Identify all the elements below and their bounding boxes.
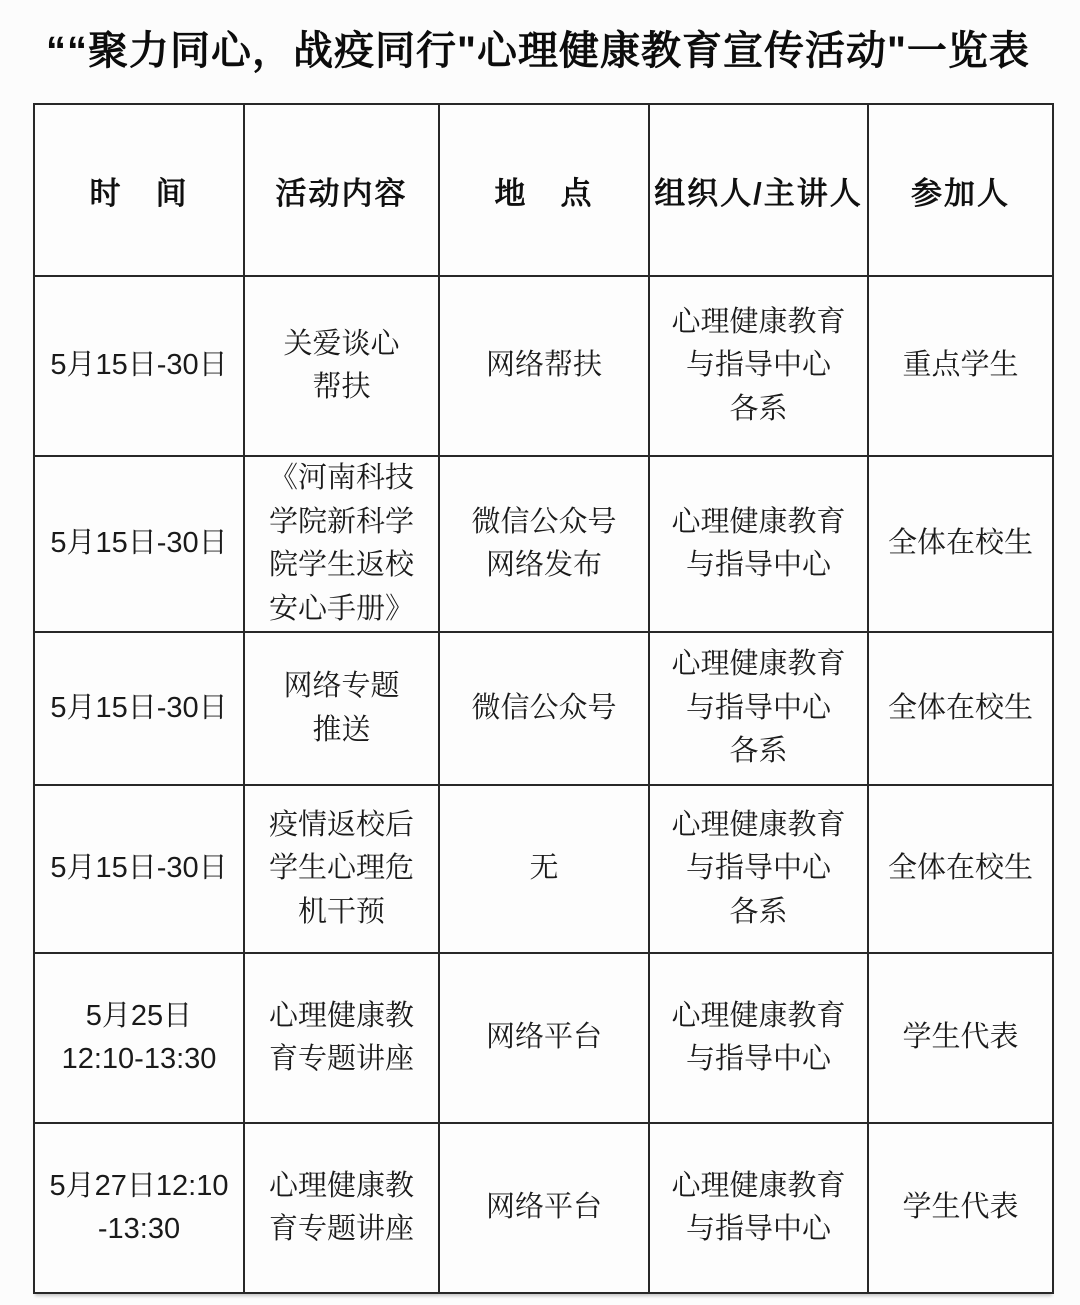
- cell-participants: 学生代表: [868, 1123, 1053, 1293]
- cell-time: 5月27日12:10 -13:30: [34, 1123, 244, 1293]
- table-row: 5月15日-30日 网络专题 推送 微信公众号 心理健康教育 与指导中心 各系 …: [34, 632, 1053, 785]
- header-location: 地 点: [439, 104, 649, 276]
- header-time: 时 间: [34, 104, 244, 276]
- cell-organizer: 心理健康教育 与指导中心 各系: [649, 632, 868, 785]
- header-participants: 参加人: [868, 104, 1053, 276]
- cell-activity: 心理健康教 育专题讲座: [244, 953, 439, 1123]
- table-row: 5月15日-30日 关爱谈心 帮扶 网络帮扶 心理健康教育 与指导中心 各系 重…: [34, 276, 1053, 456]
- cell-time: 5月25日 12:10-13:30: [34, 953, 244, 1123]
- cell-activity: 关爱谈心 帮扶: [244, 276, 439, 456]
- cell-activity: 《河南科技 学院新科学 院学生返校 安心手册》: [244, 456, 439, 632]
- header-organizer: 组织人/主讲人: [649, 104, 868, 276]
- cell-location: 无: [439, 785, 649, 953]
- table-row: 5月25日 12:10-13:30 心理健康教 育专题讲座 网络平台 心理健康教…: [34, 953, 1053, 1123]
- table-row: 5月15日-30日 疫情返校后 学生心理危 机干预 无 心理健康教育 与指导中心…: [34, 785, 1053, 953]
- cell-organizer: 心理健康教育 与指导中心: [649, 456, 868, 632]
- table-row: 5月27日12:10 -13:30 心理健康教 育专题讲座 网络平台 心理健康教…: [34, 1123, 1053, 1293]
- cell-organizer: 心理健康教育 与指导中心 各系: [649, 276, 868, 456]
- cell-organizer: 心理健康教育 与指导中心: [649, 953, 868, 1123]
- cell-activity: 疫情返校后 学生心理危 机干预: [244, 785, 439, 953]
- cell-time: 5月15日-30日: [34, 785, 244, 953]
- cell-organizer: 心理健康教育 与指导中心 各系: [649, 785, 868, 953]
- cell-location: 微信公众号 网络发布: [439, 456, 649, 632]
- table-row: 5月15日-30日 《河南科技 学院新科学 院学生返校 安心手册》 微信公众号 …: [34, 456, 1053, 632]
- cell-participants: 学生代表: [868, 953, 1053, 1123]
- cell-time: 5月15日-30日: [34, 632, 244, 785]
- header-row: 时 间 活动内容 地 点 组织人/主讲人 参加人: [34, 104, 1053, 276]
- cell-location: 网络平台: [439, 1123, 649, 1293]
- cell-location: 网络平台: [439, 953, 649, 1123]
- cell-organizer: 心理健康教育 与指导中心: [649, 1123, 868, 1293]
- page: ““聚力同心，战疫同行"心理健康教育宣传活动"一览表 时 间 活动内容 地 点 …: [0, 0, 1080, 1305]
- header-activity: 活动内容: [244, 104, 439, 276]
- cell-participants: 全体在校生: [868, 785, 1053, 953]
- activities-table: 时 间 活动内容 地 点 组织人/主讲人 参加人 5月15日-30日 关爱谈心 …: [33, 103, 1054, 1294]
- cell-time: 5月15日-30日: [34, 456, 244, 632]
- cell-location: 网络帮扶: [439, 276, 649, 456]
- page-title: ““聚力同心，战疫同行"心理健康教育宣传活动"一览表: [0, 0, 1080, 75]
- cell-time: 5月15日-30日: [34, 276, 244, 456]
- cell-activity: 心理健康教 育专题讲座: [244, 1123, 439, 1293]
- cell-participants: 全体在校生: [868, 456, 1053, 632]
- cell-activity: 网络专题 推送: [244, 632, 439, 785]
- cell-participants: 重点学生: [868, 276, 1053, 456]
- cell-location: 微信公众号: [439, 632, 649, 785]
- cell-participants: 全体在校生: [868, 632, 1053, 785]
